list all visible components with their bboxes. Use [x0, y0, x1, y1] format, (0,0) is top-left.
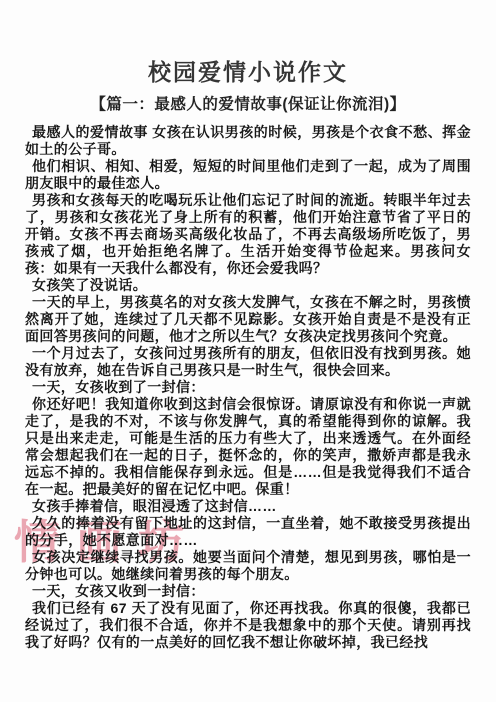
paragraph: 女孩手捧着信，眼泪浸透了这封信…… [25, 498, 471, 515]
paragraph: 你还好吧！我知道你收到这封信会很惊讶。请原谅没有和你说一声就走了，是我的不对，不… [25, 396, 471, 498]
paragraph: 最感人的爱情故事 女孩在认识男孩的时候，男孩是个衣食不愁、挥金如土的公子哥。 [25, 124, 471, 158]
paragraph: 久久的捧着没有留下地址的这封信，一直坐着，她不敢接受男孩提出的分手，她不愿意面对… [25, 515, 471, 549]
paragraph: 男孩和女孩每天的吃喝玩乐让他们忘记了时间的流逝。转眼半年过去了，男孩和女孩花光了… [25, 192, 471, 277]
paragraph: 女孩决定继续寻找男孩。她要当面问个清楚，想见到男孩，哪怕是一分钟也可以。她继续问… [25, 549, 471, 583]
paragraph: 一天，女孩又收到一封信： [25, 583, 471, 600]
paragraph: 一天，女孩收到了一封信： [25, 379, 471, 396]
document-page: 情画坊 校园爱情小说作文 【篇一：最感人的爱情故事(保证让你流泪)】 最感人的爱… [0, 0, 496, 702]
paragraph: 一个月过去了，女孩问过男孩所有的朋友，但依旧没有找到男孩。她没有放弃，她在告诉自… [25, 345, 471, 379]
essay-body: 最感人的爱情故事 女孩在认识男孩的时候，男孩是个衣食不愁、挥金如土的公子哥。 他… [25, 124, 471, 651]
document-content: 校园爱情小说作文 【篇一：最感人的爱情故事(保证让你流泪)】 最感人的爱情故事 … [0, 54, 496, 651]
document-title: 校园爱情小说作文 [25, 54, 471, 87]
section-heading: 【篇一：最感人的爱情故事(保证让你流泪)】 [25, 92, 471, 114]
paragraph: 我们已经有 67 天了没有见面了，你还再找我。你真的很傻，我都已经说过了，我们很… [25, 600, 471, 651]
paragraph: 一天的早上，男孩莫名的对女孩大发脾气，女孩在不解之时，男孩愤然离开了她，连续过了… [25, 294, 471, 345]
paragraph: 他们相识、相知、相爱，短短的时间里他们走到了一起，成为了周围朋友眼中的最佳恋人。 [25, 158, 471, 192]
paragraph: 女孩笑了没说话。 [25, 277, 471, 294]
